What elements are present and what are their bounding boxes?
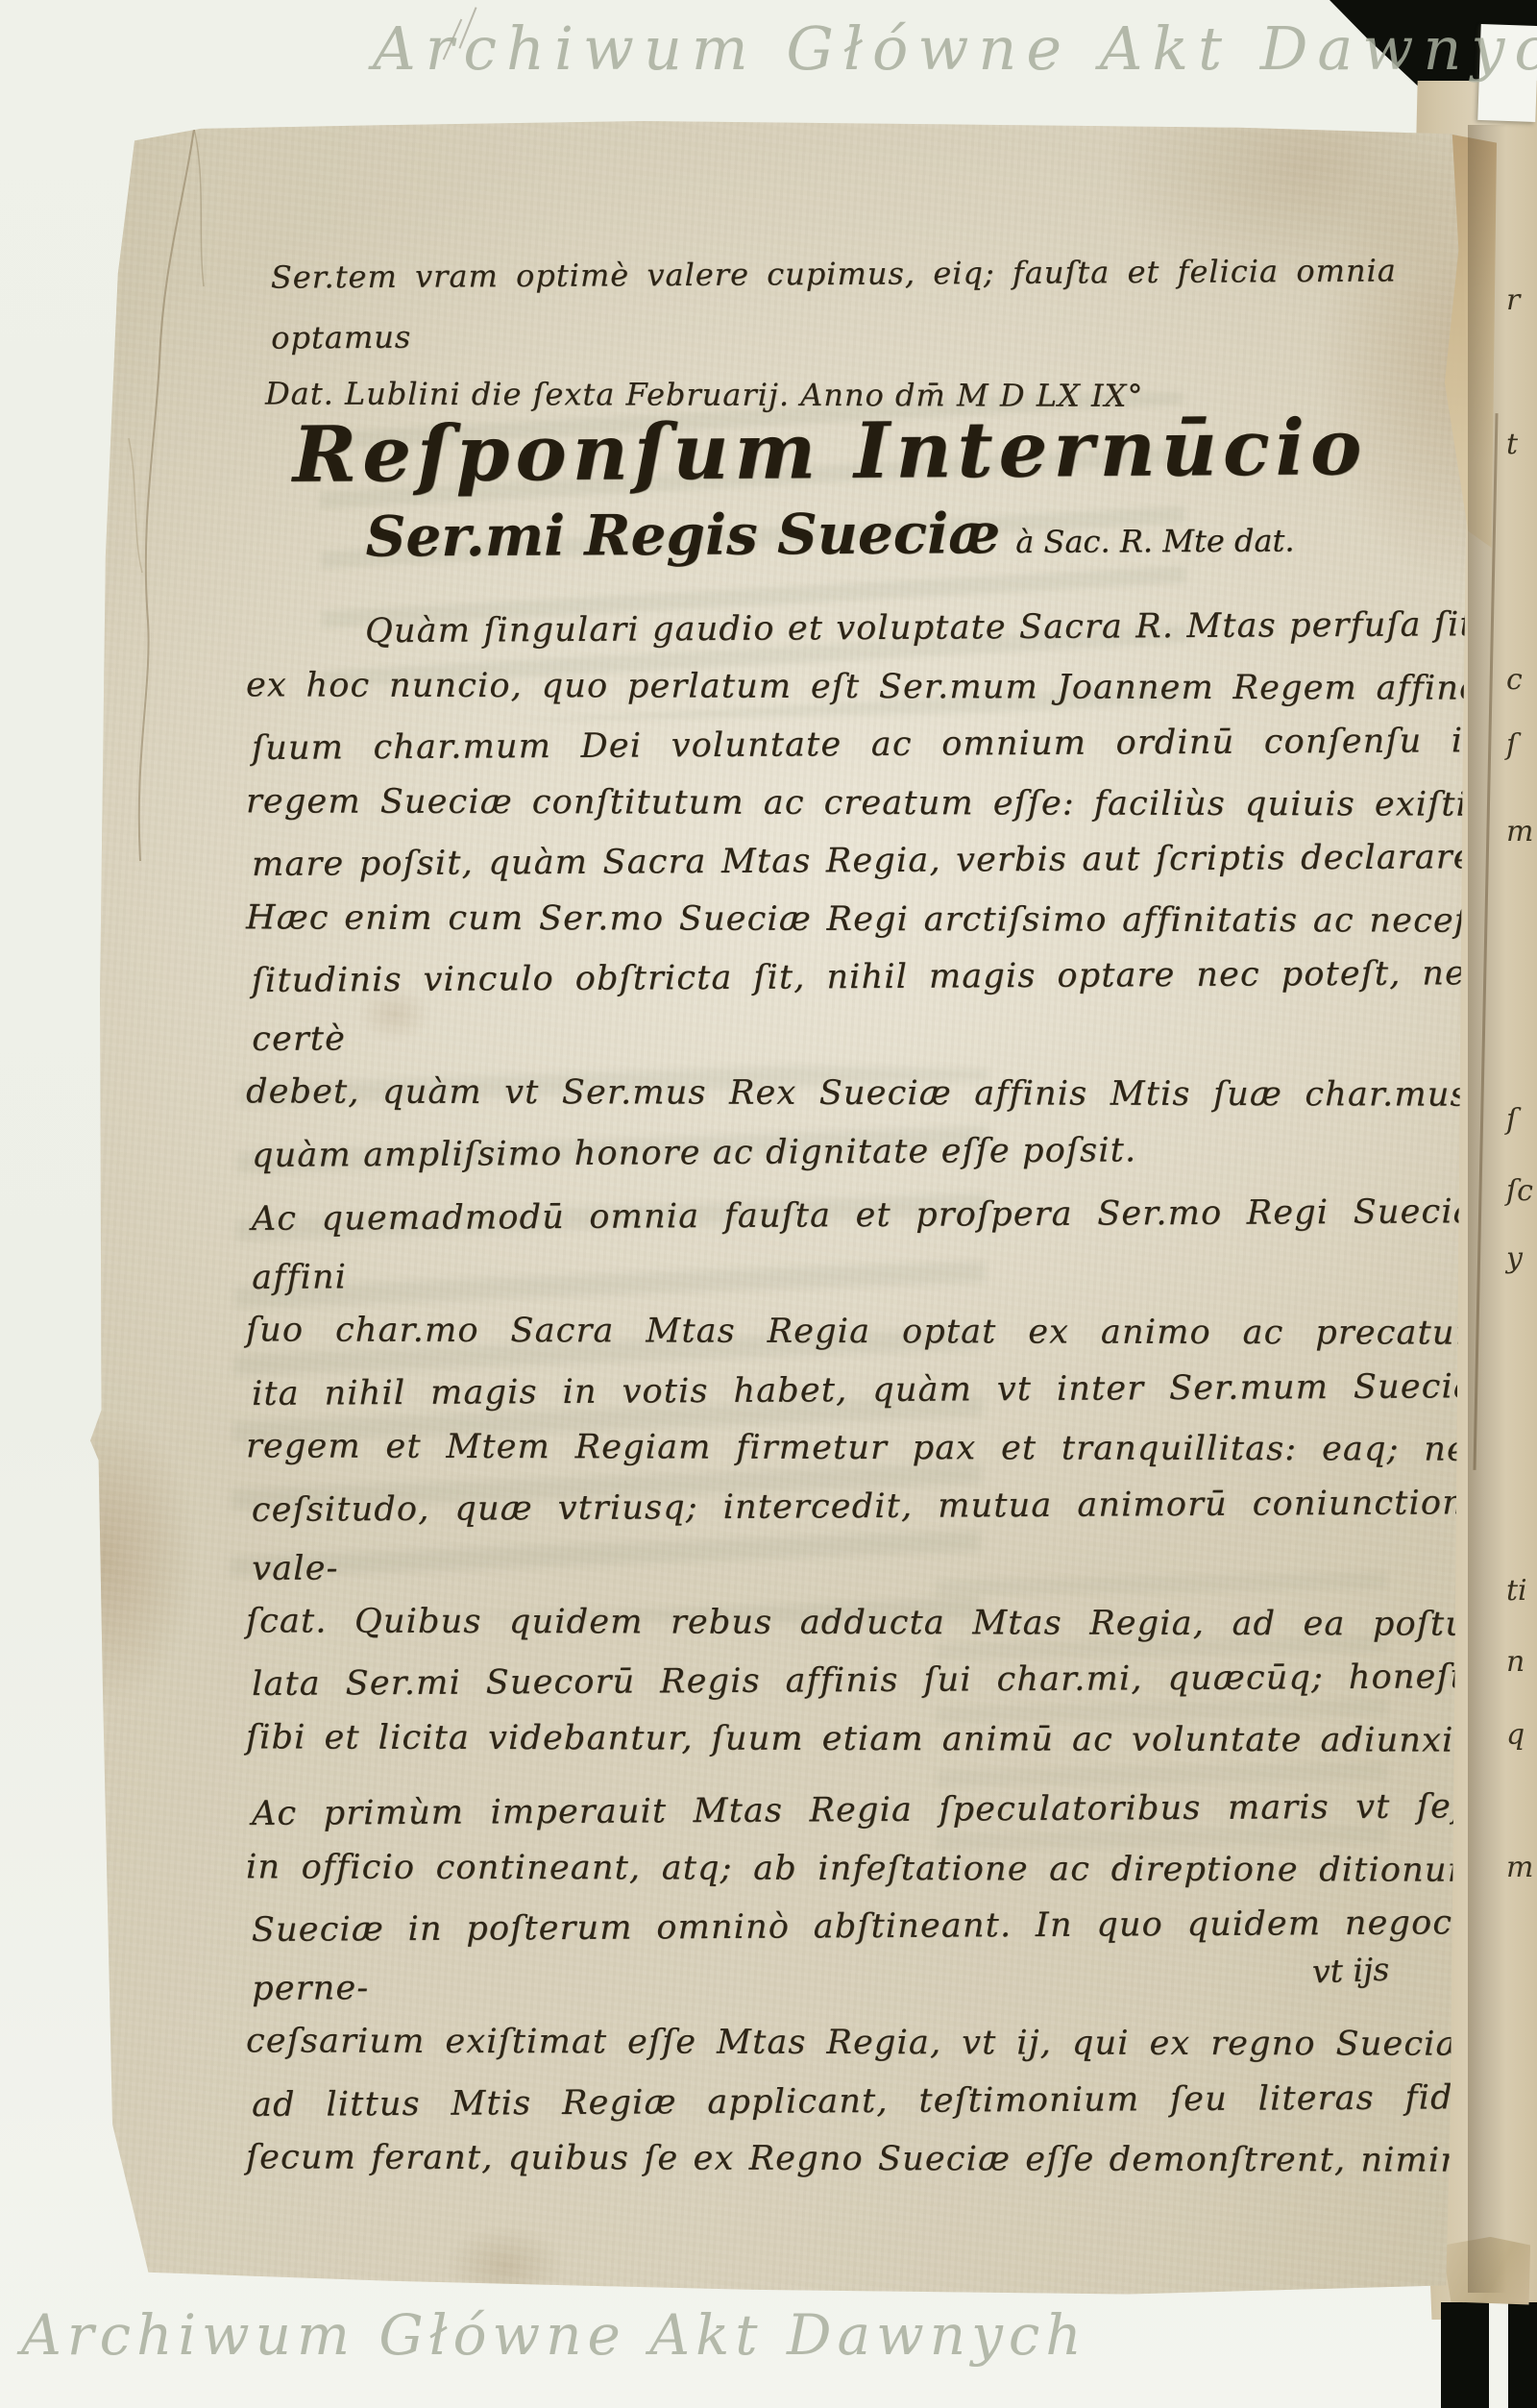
manuscript-line: Ac primùm imperauit Mtas Regia ſpeculato… <box>252 1778 1486 1843</box>
manuscript-line: ſuo char.mo Sacra Mtas Regia optat ex an… <box>246 1301 1480 1363</box>
paragraph: Quàm ſingulari gaudio et voluptate Sacra… <box>252 600 1486 1181</box>
manuscript-line: ſibi et licita videbantur, ſuum etiam an… <box>246 1708 1480 1770</box>
manuscript-line: Ser.tem vram optimè valere cupimus, eiq;… <box>271 240 1398 368</box>
letter-fragment: r <box>1506 283 1520 317</box>
heading-line-2: Ser.mi Regis Sueciæà Sac. R. Mte dat. <box>234 499 1426 570</box>
manuscript-line: ita nihil magis in votis habet, quàm vt … <box>252 1358 1486 1423</box>
letter-fragment: c <box>1506 663 1523 697</box>
heading-line-2-suffix: à Sac. R. Mte dat. <box>1015 522 1294 560</box>
letter-fragment: ſ <box>1506 1103 1517 1137</box>
pencil-stroke <box>443 19 463 61</box>
manuscript-line: ad littus Mtis Regiæ applicant, teſtimon… <box>252 2069 1486 2134</box>
manuscript-line: ſitudinis vinculo obſtricta ſit, nihil m… <box>252 945 1487 1069</box>
manuscript-line: Ac quemadmodū omnia fauſta et proſpera S… <box>252 1183 1487 1307</box>
catchword: vt ijs <box>1311 1951 1389 1991</box>
manuscript-line: ſecum ferant, quibus ſe ex Regno Sueciæ … <box>246 2128 1480 2190</box>
letter-fragment: n <box>1506 1645 1525 1679</box>
heading-line-2-main: Ser.mi Regis Sueciæ <box>365 501 1000 569</box>
manuscript-page: Ser.tem vram optimè valere cupimus, eiq;… <box>90 121 1474 2298</box>
manuscript-line: quàm ampliſsimo honore ac dignitate eſſe… <box>252 1119 1486 1185</box>
manuscript-line: Hæc enim cum Ser.mo Sueciæ Regi arctiſsi… <box>246 889 1480 950</box>
paragraph: Ac primùm imperauit Mtas Regia ſpeculato… <box>252 1781 1486 2189</box>
preamble: Ser.tem vram optimè valere cupimus, eiq;… <box>271 244 1397 426</box>
paragraph: Ac quemadmodū omnia fauſta et proſpera S… <box>252 1187 1486 1768</box>
manuscript-line: in officio contineant, atq; ab infeſtati… <box>246 1838 1480 1900</box>
manuscript-line: Quàm ſingulari gaudio et voluptate Sacra… <box>252 596 1486 661</box>
letter-fragment: m <box>1506 1851 1533 1884</box>
manuscript-line: ceſsitudo, quæ vtriusq; intercedit, mutu… <box>252 1474 1487 1598</box>
letter-fragment: ſ <box>1506 728 1517 762</box>
manuscript-line: Sueciæ in poſterum omninò abſtineant. In… <box>252 1894 1487 2018</box>
manuscript-line: ſcat. Quibus quidem rebus adducta Mtas R… <box>246 1592 1480 1654</box>
manuscript-line: ſuum char.mum Dei voluntate ac omnium or… <box>252 712 1486 777</box>
letter-fragment: y <box>1506 1241 1523 1275</box>
manuscript-line: ex hoc nuncio, quo perlatum eſt Ser.mum … <box>246 656 1480 718</box>
manuscript-line: regem et Mtem Regiam firmetur pax et tra… <box>246 1417 1480 1479</box>
manuscript-line: ceſsarium exiſtimat eſſe Mtas Regia, vt … <box>246 2012 1480 2074</box>
manuscript-line: mare poſsit, quàm Sacra Mtas Regia, verb… <box>252 828 1486 894</box>
letter-fragment: ſc <box>1506 1174 1533 1208</box>
letter-fragment: m <box>1506 815 1533 848</box>
manuscript-line: lata Ser.mi Suecorū Regis affinis ſui ch… <box>252 1648 1486 1713</box>
manuscript-line: regem Sueciæ conſtitutum ac creatum eſſe… <box>246 773 1480 834</box>
manuscript-line: debet, quàm vt Ser.mus Rex Sueciæ affini… <box>246 1063 1480 1124</box>
heading-line-1: Reſponſum Internūcio <box>234 402 1427 501</box>
document-heading: Reſponſum Internūcio Ser.mi Regis Sueciæ… <box>234 405 1426 567</box>
letter-fragment: q <box>1506 1718 1525 1752</box>
letter-fragment: t <box>1506 428 1518 461</box>
page-gap-shadow <box>1468 125 1506 2293</box>
manuscript-body: Quàm ſingulari gaudio et voluptate Sacra… <box>252 600 1486 2195</box>
archive-watermark-bottom: Archiwum Główne Akt Dawnych <box>21 2302 1087 2368</box>
pencil-stroke <box>458 7 476 48</box>
letter-fragment: ti <box>1506 1574 1527 1608</box>
